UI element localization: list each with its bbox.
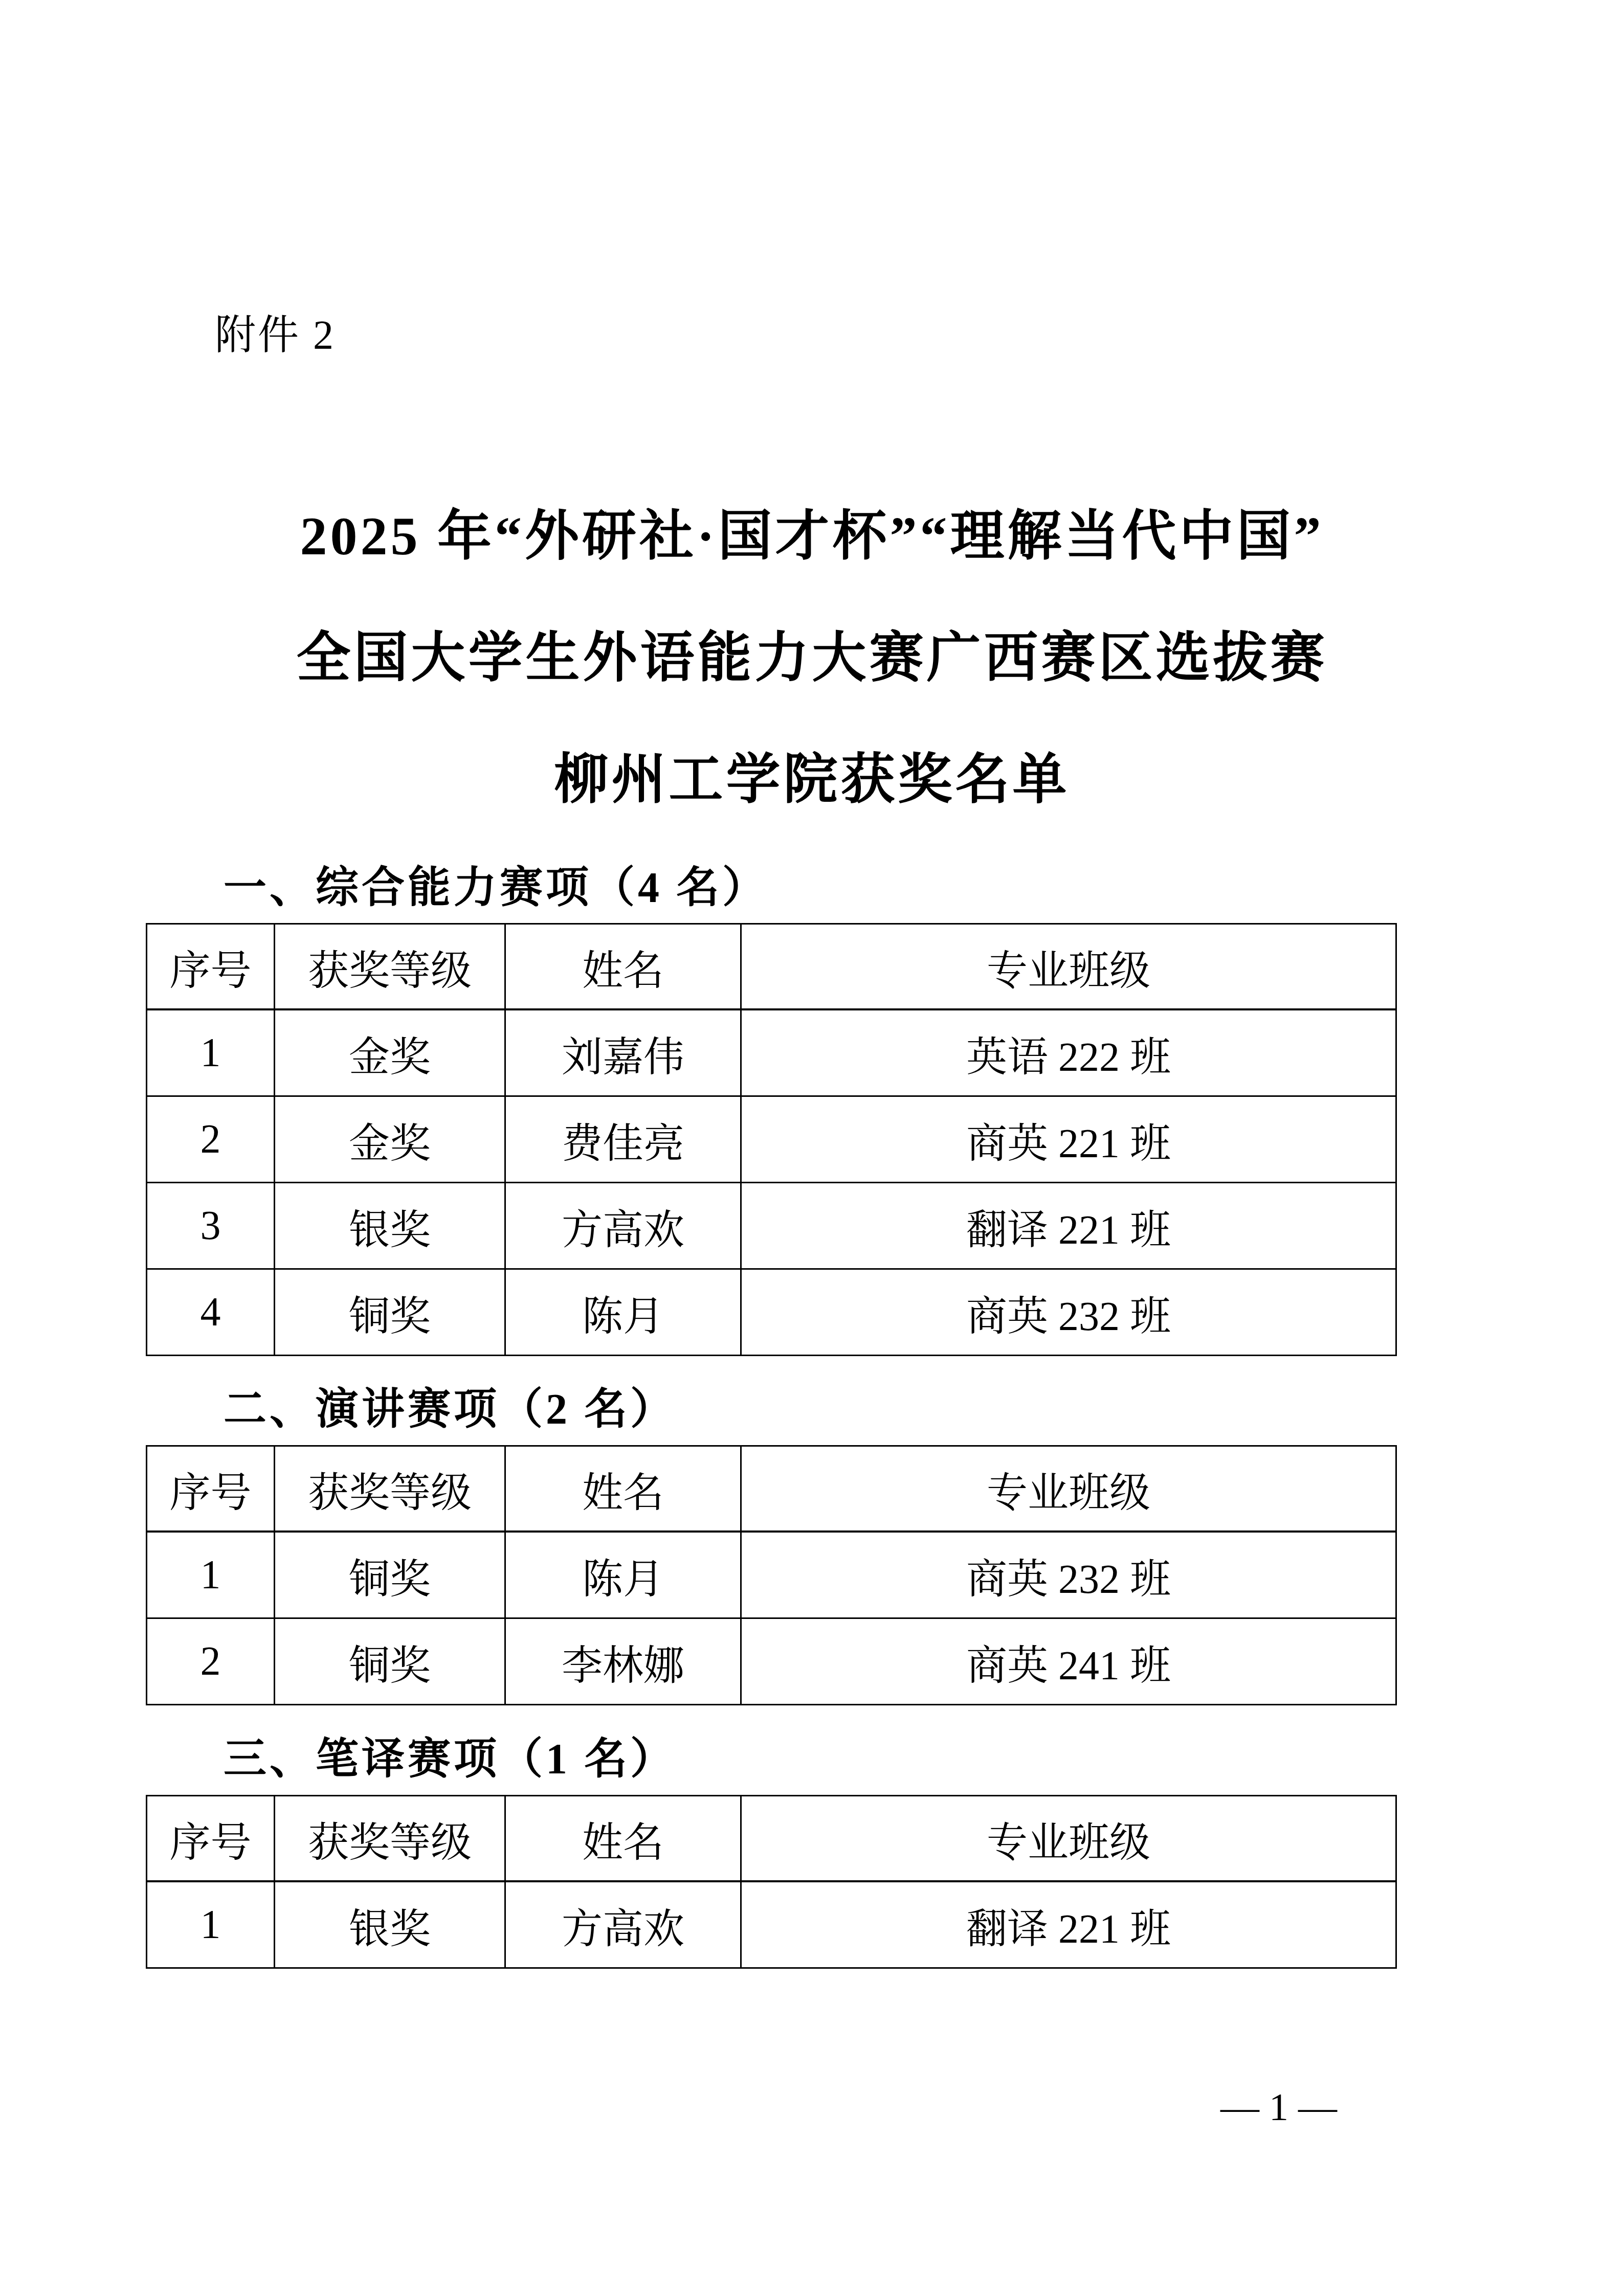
column-header-class: 专业班级 (741, 924, 1396, 1010)
cell-award-level: 铜奖 (275, 1532, 505, 1618)
title-line-2: 全国大学生外语能力大赛广西赛区选拔赛 (146, 597, 1478, 719)
column-header-serial: 序号 (147, 924, 275, 1010)
table-header-row: 序号 获奖等级 姓名 专业班级 (147, 1796, 1396, 1882)
cell-class: 翻译 221 班 (741, 1881, 1396, 1968)
cell-serial: 2 (147, 1618, 275, 1705)
cell-serial: 3 (147, 1183, 275, 1269)
cell-serial: 1 (147, 1881, 275, 1968)
cell-class: 商英 232 班 (741, 1532, 1396, 1618)
cell-name: 方高欢 (505, 1881, 741, 1968)
column-header-award-level: 获奖等级 (275, 1446, 505, 1532)
cell-award-level: 铜奖 (275, 1618, 505, 1705)
cell-name: 费佳亮 (505, 1096, 741, 1183)
table-row: 3 银奖 方高欢 翻译 221 班 (147, 1183, 1396, 1269)
column-header-name: 姓名 (505, 924, 741, 1010)
table-row: 2 金奖 费佳亮 商英 221 班 (147, 1096, 1396, 1183)
column-header-serial: 序号 (147, 1796, 275, 1882)
cell-name: 刘嘉伟 (505, 1009, 741, 1096)
section-heading-speech: 二、演讲赛项（2 名） (224, 1375, 676, 1436)
cell-award-level: 银奖 (275, 1881, 505, 1968)
cell-name: 李林娜 (505, 1618, 741, 1705)
table-row: 2 铜奖 李林娜 商英 241 班 (147, 1618, 1396, 1705)
section-heading-translation: 三、笔译赛项（1 名） (224, 1724, 676, 1786)
cell-class: 商英 232 班 (741, 1269, 1396, 1356)
table-row: 1 铜奖 陈月 商英 232 班 (147, 1532, 1396, 1618)
column-header-class: 专业班级 (741, 1446, 1396, 1532)
cell-award-level: 银奖 (275, 1183, 505, 1269)
cell-class: 商英 241 班 (741, 1618, 1396, 1705)
title-line-3: 柳州工学院获奖名单 (146, 719, 1478, 841)
attachment-label: 附件 2 (215, 302, 336, 361)
page-number: — 1 — (1202, 2085, 1355, 2130)
table-header-row: 序号 获奖等级 姓名 专业班级 (147, 1446, 1396, 1532)
table-row: 1 金奖 刘嘉伟 英语 222 班 (147, 1009, 1396, 1096)
cell-award-level: 金奖 (275, 1009, 505, 1096)
cell-serial: 1 (147, 1532, 275, 1618)
cell-serial: 2 (147, 1096, 275, 1183)
award-table-comprehensive: 序号 获奖等级 姓名 专业班级 1 金奖 刘嘉伟 英语 222 班 2 金奖 费… (146, 923, 1397, 1356)
document-page: { "page": { "attachment_label": "附件 2", … (0, 0, 1624, 2296)
cell-name: 陈月 (505, 1532, 741, 1618)
column-header-serial: 序号 (147, 1446, 275, 1532)
column-header-award-level: 获奖等级 (275, 924, 505, 1010)
table-row: 1 银奖 方高欢 翻译 221 班 (147, 1881, 1396, 1968)
column-header-name: 姓名 (505, 1796, 741, 1882)
title-line-1: 2025 年“外研社·国才杯”“理解当代中国” (146, 476, 1478, 597)
cell-class: 英语 222 班 (741, 1009, 1396, 1096)
column-header-award-level: 获奖等级 (275, 1796, 505, 1882)
table-row: 4 铜奖 陈月 商英 232 班 (147, 1269, 1396, 1356)
cell-award-level: 金奖 (275, 1096, 505, 1183)
column-header-class: 专业班级 (741, 1796, 1396, 1882)
cell-serial: 4 (147, 1269, 275, 1356)
cell-serial: 1 (147, 1009, 275, 1096)
section-heading-comprehensive: 一、综合能力赛项（4 名） (224, 853, 768, 915)
award-table-translation: 序号 获奖等级 姓名 专业班级 1 银奖 方高欢 翻译 221 班 (146, 1795, 1397, 1969)
award-table-speech: 序号 获奖等级 姓名 专业班级 1 铜奖 陈月 商英 232 班 2 铜奖 李林… (146, 1445, 1397, 1705)
cell-name: 陈月 (505, 1269, 741, 1356)
column-header-name: 姓名 (505, 1446, 741, 1532)
table-header-row: 序号 获奖等级 姓名 专业班级 (147, 924, 1396, 1010)
cell-award-level: 铜奖 (275, 1269, 505, 1356)
cell-name: 方高欢 (505, 1183, 741, 1269)
cell-class: 商英 221 班 (741, 1096, 1396, 1183)
document-title: 2025 年“外研社·国才杯”“理解当代中国” 全国大学生外语能力大赛广西赛区选… (146, 476, 1478, 841)
cell-class: 翻译 221 班 (741, 1183, 1396, 1269)
